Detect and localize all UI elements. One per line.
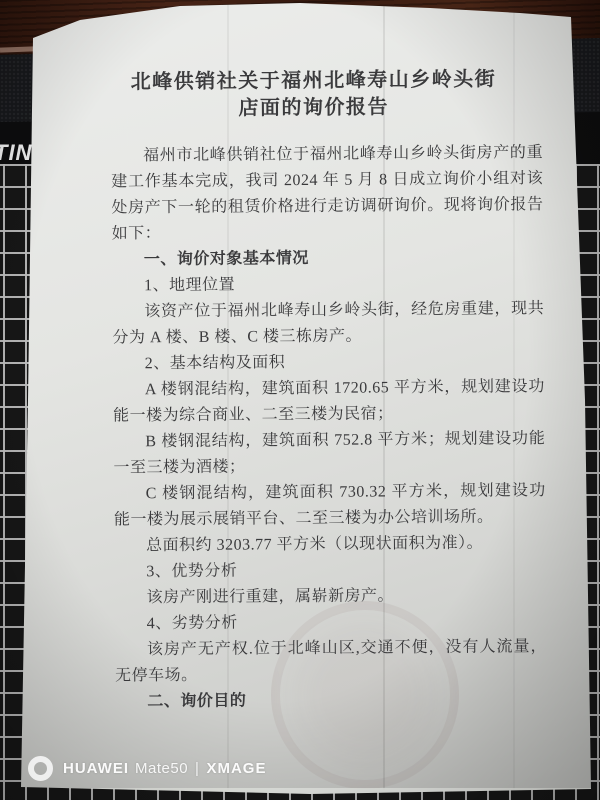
doc-numbered-item: 2、基本结构及面积	[113, 348, 545, 377]
doc-paragraph: 该房产刚进行重建，属崭新房产。	[114, 582, 546, 611]
doc-paragraph: C 楼钢混结构，建筑面积 730.32 平方米，规划建设功能一楼为展示展销平台、…	[114, 478, 546, 533]
paper-sheet: 北峰供销社关于福州北峰寿山乡岭头街 店面的询价报告 福州市北峰供销社位于福州北峰…	[16, 2, 596, 796]
doc-numbered-item: 4、劣势分析	[115, 608, 547, 637]
camera-watermark-ring-icon	[28, 756, 53, 781]
document-body: 福州市北峰供销社位于福州北峰寿山乡岭头街房产的重建工作基本完成，我司 2024 …	[111, 140, 547, 715]
doc-paragraph: 福州市北峰供销社位于福州北峰寿山乡岭头街房产的重建工作基本完成，我司 2024 …	[111, 140, 544, 247]
doc-numbered-item: 3、优势分析	[114, 556, 546, 585]
document-title: 北峰供销社关于福州北峰寿山乡岭头街 店面的询价报告	[73, 66, 553, 124]
doc-paragraph: A 楼钢混结构，建筑面积 1720.65 平方米，规划建设功能一楼为综合商业、二…	[113, 374, 545, 429]
camera-watermark: HUAWEI Mate50 | XMAGE	[28, 756, 266, 781]
cutting-mat-brand-text: TIN	[0, 140, 32, 166]
camera-watermark-text: HUAWEI Mate50 | XMAGE	[63, 760, 266, 777]
doc-paragraph: B 楼钢混结构，建筑面积 752.8 平方米；规划建设功能一至三楼为酒楼；	[113, 426, 545, 481]
doc-paragraph: 该房产无产权.位于北峰山区,交通不便，没有人流量，无停车场。	[115, 634, 547, 689]
doc-section-heading: 二、询价目的	[115, 686, 547, 715]
document-title-line2: 店面的询价报告	[74, 93, 554, 124]
watermark-brand: HUAWEI	[63, 760, 129, 777]
watermark-engine: XMAGE	[206, 760, 266, 777]
watermark-model: Mate50	[135, 760, 188, 777]
doc-paragraph: 该资产位于福州北峰寿山乡岭头街，经危房重建，现共分为 A 楼、B 楼、C 楼三栋…	[112, 296, 544, 351]
photo-of-document: TIN 北峰供销社关于福州北峰寿山乡岭头街 店面的询价报告 福州市北峰供销社位于…	[0, 0, 600, 800]
document-content: 北峰供销社关于福州北峰寿山乡岭头街 店面的询价报告 福州市北峰供销社位于福州北峰…	[13, 0, 599, 798]
doc-section-heading: 一、询价对象基本情况	[112, 244, 544, 273]
doc-paragraph: 总面积约 3203.77 平方米（以现状面积为准）。	[114, 530, 546, 559]
document-title-line1: 北峰供销社关于福州北峰寿山乡岭头街	[73, 66, 553, 97]
doc-numbered-item: 1、地理位置	[112, 270, 544, 299]
watermark-separator: |	[194, 760, 200, 777]
